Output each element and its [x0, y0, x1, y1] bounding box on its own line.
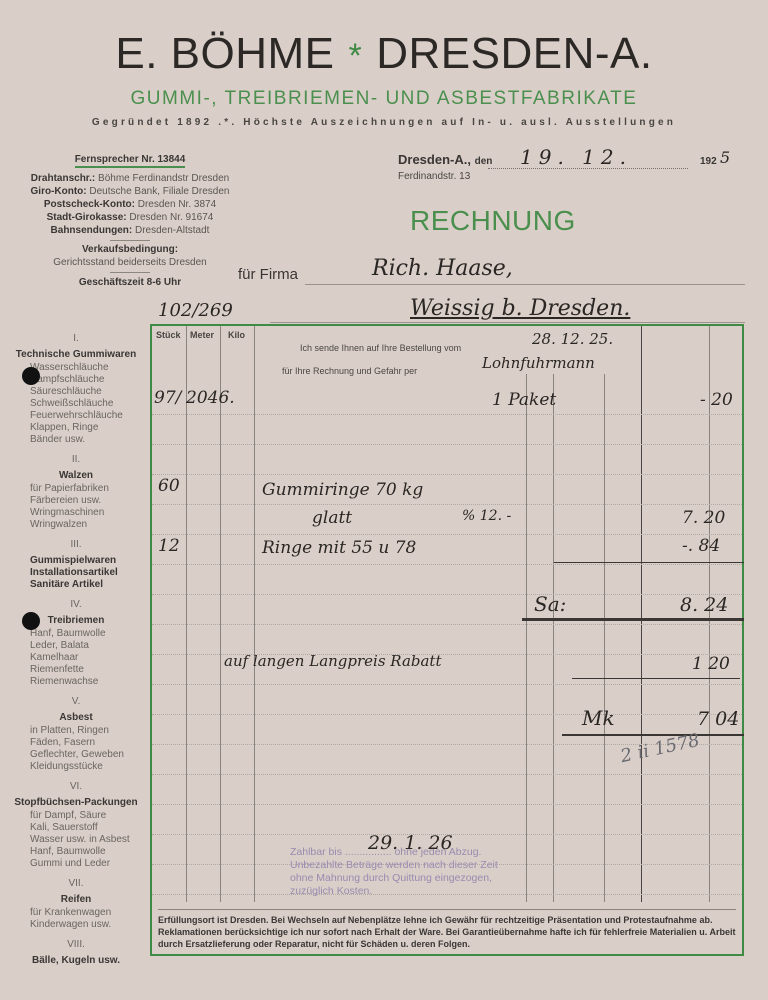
row-amount: - 20	[700, 390, 733, 410]
category-title: Walzen	[8, 470, 144, 482]
invoice-date: 19. 12.	[520, 145, 632, 169]
row-desc: Ringe mit 55 u 78	[262, 538, 416, 558]
category-items: in Platten, RingenFäden, FasernGeflechte…	[8, 725, 144, 773]
footer-terms: Erfüllungsort ist Dresden. Bei Wechseln …	[158, 909, 736, 950]
terms-title: Verkaufsbedingung:	[82, 244, 178, 255]
carrier: Lohnfuhrmann	[482, 354, 595, 372]
star-icon: *	[349, 37, 363, 75]
contact-line: Drahtanschr.: Böhme Ferdinandstr Dresden	[10, 172, 250, 185]
row-qty: 97/	[154, 388, 181, 408]
recipient-name: Rich. Haase,	[372, 256, 513, 281]
category-items: für KrankenwagenKinderwagen usw.	[8, 907, 144, 931]
order-intro: Ich sende Ihnen auf Ihre Bestellung vom	[300, 343, 461, 353]
total-amount: 7 04	[697, 708, 739, 730]
punch-hole	[22, 612, 40, 630]
discount-desc: auf langen Langpreis Rabatt	[224, 652, 442, 670]
company-name: E. BÖHME	[115, 29, 334, 78]
subtotal-label: Sa:	[534, 592, 566, 616]
row-qty: 60	[158, 476, 180, 496]
row-desc: Gummiringe 70 kg	[262, 480, 423, 500]
year-handwritten: 5	[720, 148, 730, 167]
year-prefix: 192	[700, 156, 717, 167]
terms-text: Gerichtsstand beiderseits Dresden	[10, 256, 250, 269]
recipient-label: für Firma	[238, 266, 298, 283]
contact-line: Stadt-Girokasse: Dresden Nr. 91674	[10, 211, 250, 224]
column-header-stueck: Stück	[156, 330, 181, 340]
row-meter: 2046.	[186, 388, 235, 408]
category-title: Technische Gummiwaren	[8, 349, 144, 361]
contact-line: Giro-Konto: Deutsche Bank, Filiale Dresd…	[10, 185, 250, 198]
row-rate: % 12. -	[462, 508, 511, 524]
row-amount: -. 84	[682, 536, 720, 556]
category-items: für Dampf, SäureKali, SauerstoffWasser u…	[8, 810, 144, 870]
column-header-kilo: Kilo	[228, 330, 245, 340]
contact-line: Bahnsendungen: Dresden-Altstadt	[10, 224, 250, 237]
subtotal-amount: 8. 24	[680, 594, 728, 616]
contact-line: Postscheck-Konto: Dresden Nr. 3874	[10, 198, 250, 211]
due-date: 29. 1. 26	[368, 832, 453, 854]
discount-amount: 1 20	[692, 654, 730, 674]
phone-number: Fernsprecher Nr. 13844	[75, 153, 186, 168]
company-title: E. BÖHME*DRESDEN-A.	[0, 30, 768, 80]
recipient-line	[270, 322, 745, 323]
product-categories: I. Technische Gummiwaren Wasserschläuche…	[8, 325, 144, 968]
carrier-intro: für Ihre Rechnung und Gefahr per	[282, 366, 417, 376]
row-qty: 12	[158, 536, 180, 556]
divider	[110, 240, 150, 241]
order-date: 28. 12. 25.	[532, 330, 613, 348]
row-desc: glatt	[312, 508, 352, 528]
reference-number: 102/269	[158, 300, 233, 321]
column-header-meter: Meter	[190, 330, 214, 340]
document-title: RECHNUNG	[410, 205, 576, 237]
business-hours: Geschäftszeit 8-6 Uhr	[79, 277, 181, 288]
punch-hole	[22, 367, 40, 385]
contact-block: Fernsprecher Nr. 13844 Drahtanschr.: Böh…	[10, 153, 250, 289]
company-city: DRESDEN-A.	[376, 29, 652, 78]
category-title: Gummispielwaren Installationsartikel San…	[8, 555, 144, 591]
founded-line: Gegründet 1892 .*. Höchste Auszeichnunge…	[0, 117, 768, 128]
category-title: Reifen	[8, 894, 144, 906]
category-title: Bälle, Kugeln usw.	[8, 955, 144, 967]
recipient-location: Weissig b. Dresden.	[410, 296, 630, 321]
divider	[110, 272, 150, 273]
category-items: für PapierfabrikenFärbereien usw.Wringma…	[8, 483, 144, 531]
row-amount: 7. 20	[682, 508, 725, 528]
total-label: Mk	[582, 706, 615, 730]
place-city: Dresden-A., den	[398, 152, 492, 167]
category-title: Stopfbüchsen-Packungen	[8, 797, 144, 809]
category-title: Asbest	[8, 712, 144, 724]
place-street: Ferdinandstr. 13	[398, 171, 470, 182]
category-items: Hanf, BaumwolleLeder, BalataKamelhaarRie…	[8, 628, 144, 688]
row-desc: 1 Paket	[492, 390, 556, 410]
recipient-line	[305, 284, 745, 285]
company-tagline: GUMMI-, TREIBRIEMEN- UND ASBESTFABRIKATE	[0, 88, 768, 110]
